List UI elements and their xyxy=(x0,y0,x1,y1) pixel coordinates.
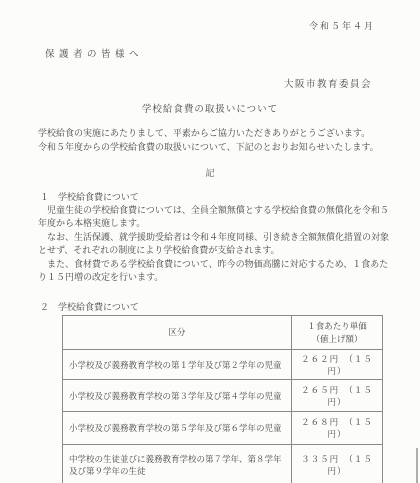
row-category: 小学校及び義務教育学校の第１学年及び第２学年の児童 xyxy=(63,350,292,380)
document-date: 令和５年４月 xyxy=(309,19,375,32)
section1-body: 児童生徒の学校給食費については、全員全額無償とする学校給食費の無償化を令和５ 年… xyxy=(38,204,390,284)
body-line: とせず、それぞれの制度により学校給食費が支給されます。 xyxy=(38,244,390,257)
header-category: 区分 xyxy=(63,316,292,350)
body-line: なお、生活保護、就学援助受給者は令和４年度同様、引き続き全額無償化措置の対象 xyxy=(38,231,390,244)
body-line: 年度から本格実施します。 xyxy=(38,217,390,230)
body-line: 児童生徒の学校給食費については、全員全額無償とする学校給食費の無償化を令和５ xyxy=(38,204,390,217)
section2-heading: ２ 学校給食費について xyxy=(40,300,139,313)
document-page: 令和５年４月 保護者の皆様へ 大阪市教育委員会 学校給食費の取扱いについて 学校… xyxy=(0,0,420,483)
row-category: 小学校及び義務教育学校の第５学年及び第６学年の児童 xyxy=(63,412,292,445)
row-price: ２６２円 （１５円） xyxy=(292,350,383,380)
table-row: 中学校の生徒並びに義務教育学校の第７学年、第８学年及び第９学年の生徒 ３３５円 … xyxy=(63,445,383,483)
section1-heading: １ 学校給食費について xyxy=(40,190,139,203)
intro-paragraph: 学校給食の実施にあたりまして、平素からご協力いただきありがとうございます。 令和… xyxy=(38,127,388,154)
intro-line: 学校給食の実施にあたりまして、平素からご協力いただきありがとうございます。 xyxy=(38,127,388,141)
table-row: 小学校及び義務教育学校の第１学年及び第２学年の児童 ２６２円 （１５円） xyxy=(63,350,383,380)
record-mark: 記 xyxy=(0,166,420,179)
lunch-fee-table: 区分 １食あたり単価 （値上げ額） 小学校及び義務教育学校の第１学年及び第２学年… xyxy=(62,315,383,483)
table-row: 小学校及び義務教育学校の第３学年及び第４学年の児童 ２６５円 （１５円） xyxy=(63,380,383,412)
body-line: また、食材費である学校給食費について、昨今の物価高騰に対応するため、１食あた xyxy=(38,258,390,271)
row-category: 小学校及び義務教育学校の第３学年及び第４学年の児童 xyxy=(63,380,292,412)
row-price: ２６５円 （１５円） xyxy=(292,380,383,412)
table-row: 小学校及び義務教育学校の第５学年及び第６学年の児童 ２６８円 （１５円） xyxy=(63,412,383,445)
intro-line: 令和５年度からの学校給食費の取扱いについて、下記のとおりお知らせいたします。 xyxy=(38,141,388,155)
body-line: り１５円増の改定を行います。 xyxy=(38,271,390,284)
row-price: ２６８円 （１５円） xyxy=(292,412,383,445)
sender-organization: 大阪市教育委員会 xyxy=(284,76,372,90)
header-price-line2: （値上げ額） xyxy=(293,333,381,346)
scan-edge-artifact xyxy=(416,448,418,483)
row-category: 中学校の生徒並びに義務教育学校の第７学年、第８学年及び第９学年の生徒 xyxy=(63,445,292,483)
table-header-row: 区分 １食あたり単価 （値上げ額） xyxy=(63,316,383,350)
salutation: 保護者の皆様へ xyxy=(45,46,143,60)
header-price-line1: １食あたり単価 xyxy=(293,320,381,333)
row-price: ３３５円 （１５円） xyxy=(292,445,383,483)
header-price: １食あたり単価 （値上げ額） xyxy=(292,316,383,350)
document-title: 学校給食費の取扱いについて xyxy=(0,101,420,115)
